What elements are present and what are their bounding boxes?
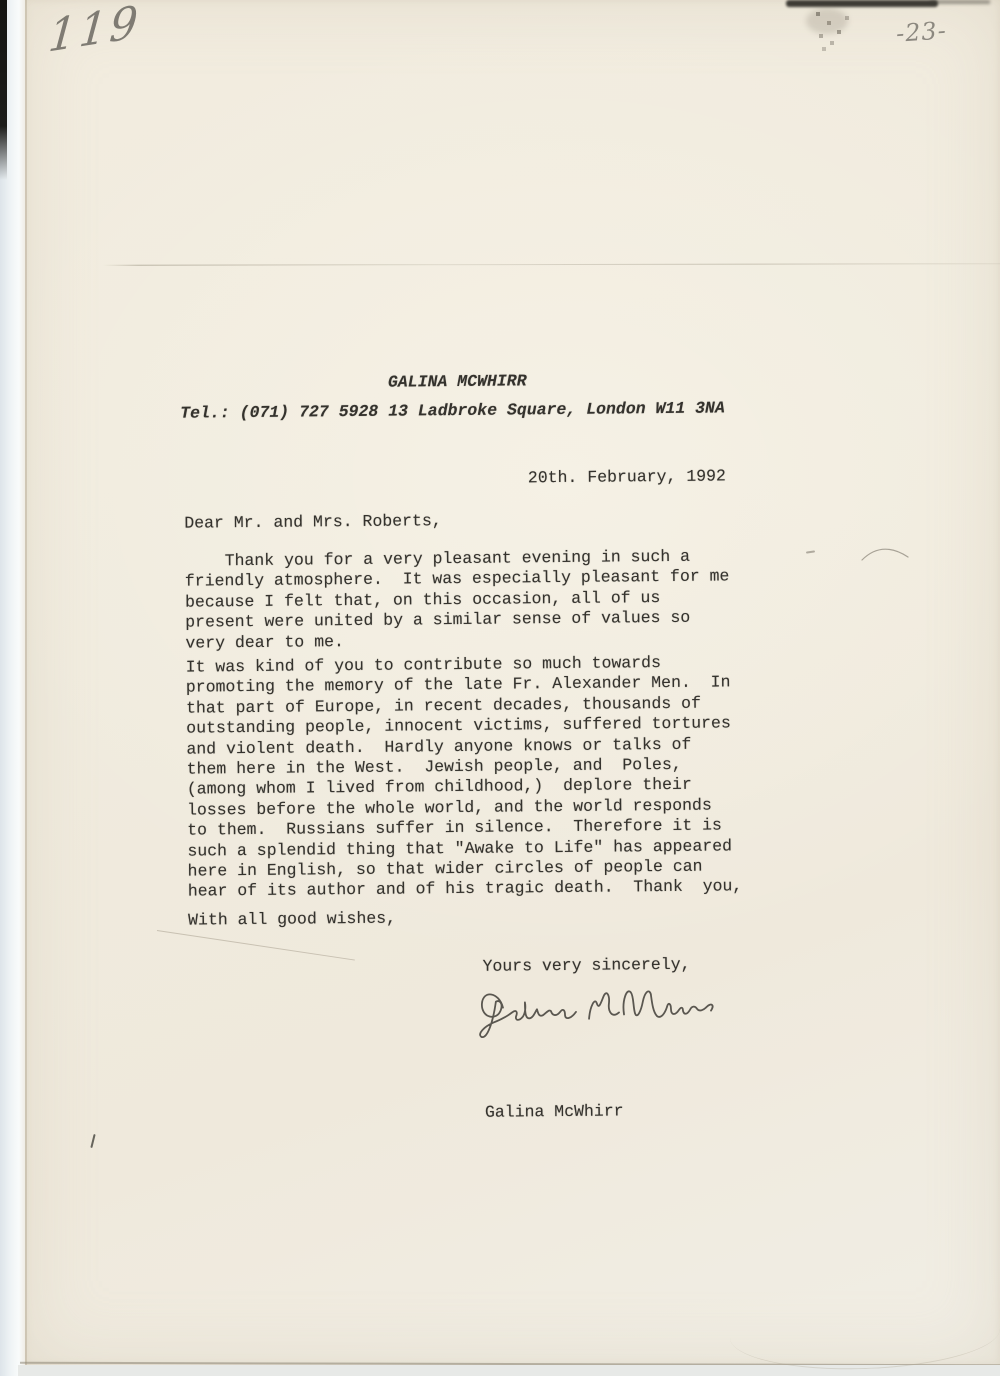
graphite-speckles	[0, 0, 2, 2]
letter-line: hear of its author and of his tragic dea…	[188, 877, 743, 903]
letterhead-name: GALINA MCWHIRR	[388, 371, 527, 393]
scanned-letter-page: 119 -23- GALINA MCWHIRR Tel.: (071) 727 …	[0, 0, 1000, 1376]
paragraph-2: It was kind of you to contribute so much…	[186, 652, 743, 902]
closing-paragraph: With all good wishes,	[188, 909, 396, 931]
handwritten-signature	[473, 975, 724, 1065]
letter-body: GALINA MCWHIRR Tel.: (071) 727 5928 13 L…	[0, 0, 1000, 1376]
date-line: 20th. February, 1992	[528, 466, 726, 488]
letter-line: With all good wishes,	[188, 909, 396, 931]
paragraph-1: Thank you for a very pleasant evening in…	[185, 546, 731, 653]
letterhead-contact-line: Tel.: (071) 727 5928 13 Ladbroke Square,…	[180, 398, 725, 424]
valediction: Yours very sincerely,	[482, 955, 690, 977]
typed-signature-name: Galina McWhirr	[485, 1101, 624, 1123]
salutation: Dear Mr. and Mrs. Roberts,	[184, 511, 442, 534]
